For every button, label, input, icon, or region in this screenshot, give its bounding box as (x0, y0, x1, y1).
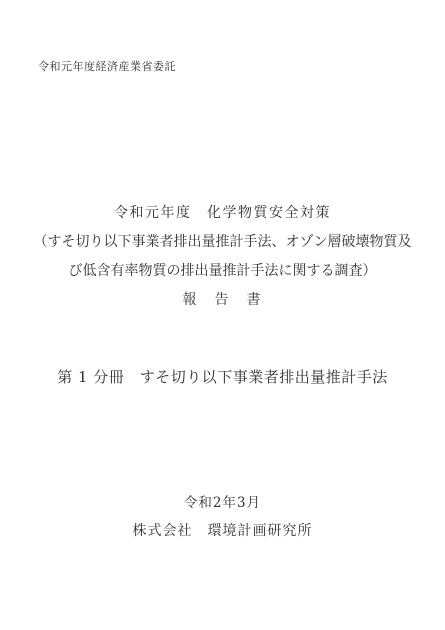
publication-date: 令和2年3月 (0, 495, 445, 511)
report-label: 報 告 書 (0, 286, 445, 315)
report-title-line-1: 令和元年度 化学物質安全対策 (0, 199, 445, 228)
publisher-company: 株式会社 環境計画研究所 (0, 523, 445, 539)
report-title-line-2: （すそ切り以下事業者排出量推計手法、オゾン層破壊物質及 (0, 228, 445, 257)
title-block: 令和元年度 化学物質安全対策 （すそ切り以下事業者排出量推計手法、オゾン層破壊物… (0, 199, 445, 315)
report-title-line-3: び低含有率物質の排出量推計手法に関する調査） (0, 257, 445, 286)
volume-heading: 第 1 分冊 すそ切り以下事業者排出量推計手法 (0, 366, 445, 387)
footer-block: 令和2年3月 株式会社 環境計画研究所 (0, 495, 445, 539)
commission-note: 令和元年度経済産業省委託 (38, 58, 176, 74)
report-cover-page: 令和元年度経済産業省委託 令和元年度 化学物質安全対策 （すそ切り以下事業者排出… (0, 0, 445, 630)
